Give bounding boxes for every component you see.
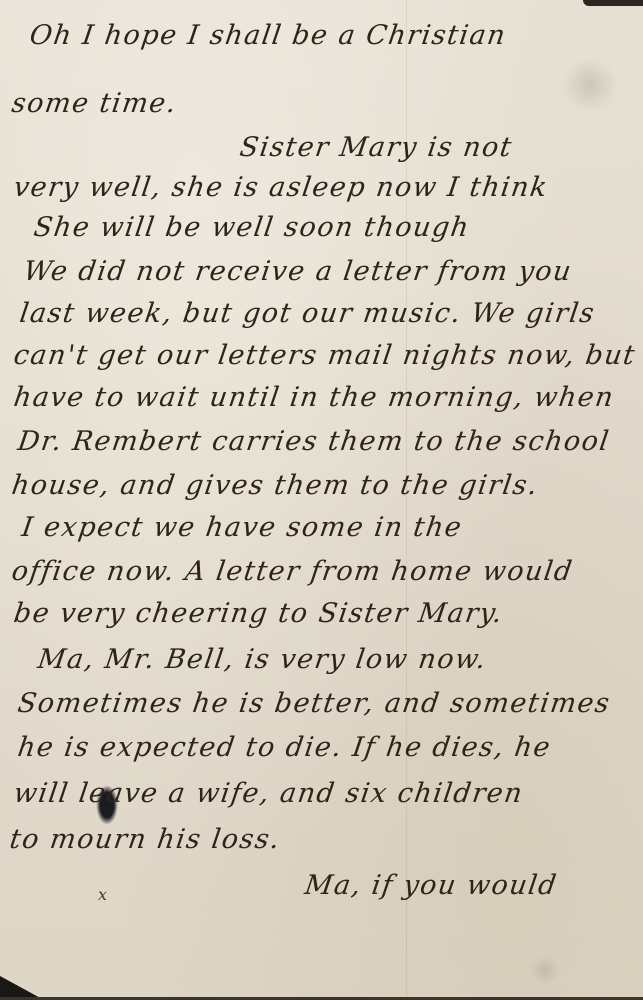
letter-line: Sister Mary is not: [238, 132, 515, 163]
letter-line: Ma, if you would: [303, 870, 560, 901]
letter-line: Dr. Rembert carries them to the school: [16, 426, 612, 457]
letter-line: have to wait until in the morning, when: [12, 382, 617, 413]
paper-stain: [560, 60, 620, 110]
letter-line: She will be well soon though: [32, 212, 472, 243]
letter-line: office now. A letter from home would: [10, 556, 575, 587]
letter-line: Ma, Mr. Bell, is very low now.: [36, 644, 489, 675]
letter-line: I expect we have some in the: [20, 512, 465, 543]
letter-line: to mourn his loss.: [8, 824, 283, 855]
letter-line: house, and gives them to the girls.: [10, 470, 541, 501]
paper-stain: [530, 955, 560, 985]
letter-line: be very cheering to Sister Mary.: [12, 598, 505, 629]
margin-mark: x: [98, 885, 107, 904]
letter-line: will leave a wife, and six children: [12, 778, 526, 809]
letter-line: he is expected to die. If he dies, he: [16, 732, 553, 763]
letter-page: Oh I hope I shall be a Christian some ti…: [0, 0, 643, 1000]
page-edge-shadow: [583, 0, 643, 6]
letter-line: last week, but got our music. We girls: [18, 298, 597, 329]
letter-line: very well, she is asleep now I think: [12, 172, 550, 203]
letter-line: Oh I hope I shall be a Christian: [28, 20, 509, 51]
letter-line: some time.: [10, 88, 179, 119]
letter-line: Sometimes he is better, and sometimes: [16, 688, 613, 719]
letter-line: can't get our letters mail nights now, b…: [12, 340, 638, 371]
page-corner-shadow: [0, 970, 44, 1000]
letter-line: We did not receive a letter from you: [22, 256, 574, 287]
